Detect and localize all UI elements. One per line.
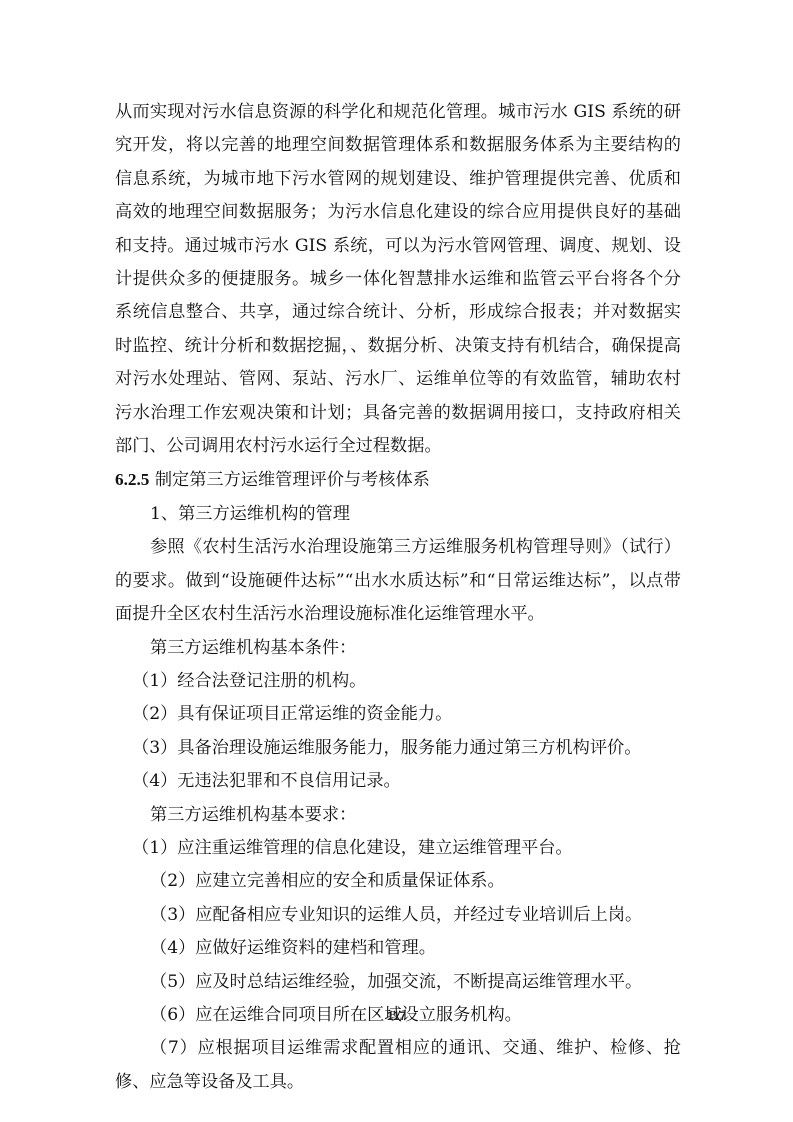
list-item: （1）应注重运维管理的信息化建设，建立运维管理平台。 bbox=[115, 832, 681, 865]
list-item: （1）经合法登记注册的机构。 bbox=[115, 665, 681, 698]
subsection-paragraph: 参照《农村生活污水治理设施第三方运维服务机构管理导则》（试行）的要求。做到“设施… bbox=[115, 531, 681, 631]
list-item: （4）应做好运维资料的建档和管理。 bbox=[115, 932, 681, 965]
basic-requirements-title: 第三方运维机构基本要求： bbox=[115, 799, 681, 832]
basic-conditions-title: 第三方运维机构基本条件： bbox=[115, 632, 681, 665]
list-item: （4）无违法犯罪和不良信用记录。 bbox=[115, 765, 681, 798]
intro-paragraph: 从而实现对污水信息资源的科学化和规范化管理。城市污水 GIS 系统的研究开发，将… bbox=[115, 96, 681, 463]
list-item: （3）具备治理设施运维服务能力，服务能力通过第三方机构评价。 bbox=[115, 732, 681, 765]
list-item: （7）应根据项目运维需求配置相应的通讯、交通、维护、检修、抢修、应急等设备及工具… bbox=[115, 1032, 681, 1099]
section-heading: 6.2.5 制定第三方运维管理评价与考核体系 bbox=[115, 463, 681, 497]
list-item: （2）具有保证项目正常运维的资金能力。 bbox=[115, 698, 681, 731]
list-item: （3）应配备相应专业知识的运维人员，并经过专业培训后上岗。 bbox=[115, 899, 681, 932]
section-number: 6.2.5 bbox=[115, 470, 149, 489]
list-item: （5）应及时总结运维经验，加强交流，不断提高运维管理水平。 bbox=[115, 966, 681, 999]
page-number: 117 bbox=[0, 1009, 793, 1023]
subsection-title: 1、第三方运维机构的管理 bbox=[115, 498, 681, 531]
section-title: 制定第三方运维管理评价与考核体系 bbox=[155, 470, 430, 490]
list-item: （2）应建立完善相应的安全和质量保证体系。 bbox=[115, 865, 681, 898]
document-page: 从而实现对污水信息资源的科学化和规范化管理。城市污水 GIS 系统的研究开发，将… bbox=[115, 96, 681, 1099]
